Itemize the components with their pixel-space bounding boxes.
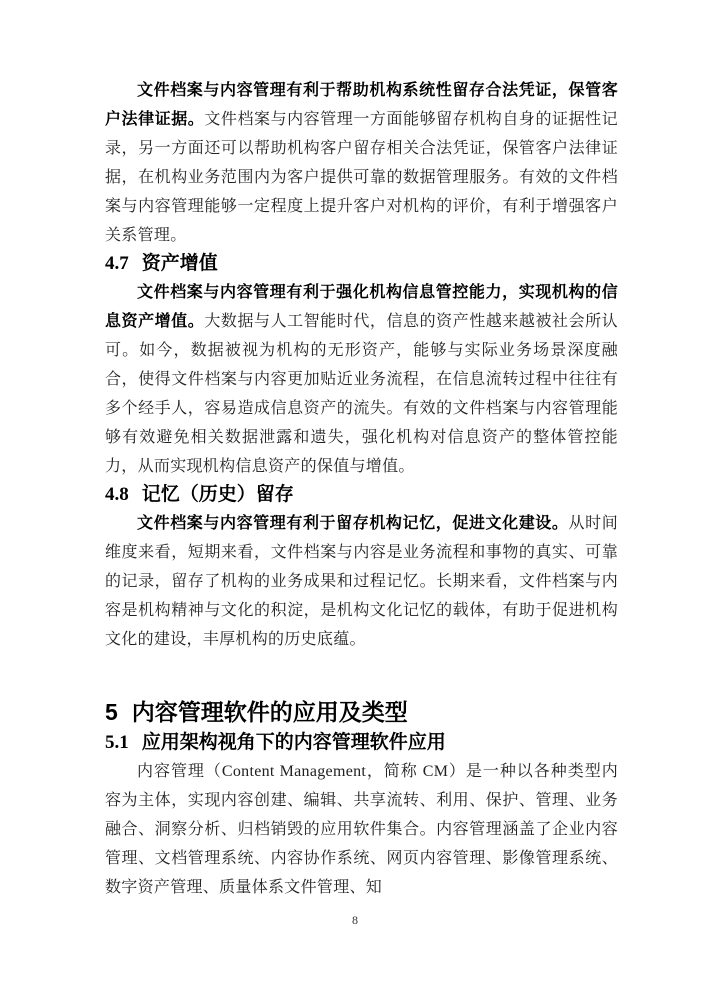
paragraph-memory-retention-body: 从时间维度来看，短期来看，文件档案与内容是业务流程和事物的真实、可靠的记录，留存… [105, 515, 618, 648]
section-number-5-1: 5.1 [105, 732, 129, 753]
paragraph-content-management-body: 内容管理（Content Management，简称 CM）是一种以各种类型内容… [105, 763, 618, 896]
section-heading-4-8: 4.8记忆（历史）留存 [105, 481, 618, 509]
section-heading-5-1: 5.1应用架构视角下的内容管理软件应用 [105, 729, 618, 757]
paragraph-content-management: 内容管理（Content Management，简称 CM）是一种以各种类型内容… [105, 757, 618, 902]
paragraph-asset-value-body: 大数据与人工智能时代，信息的资产性越来越被社会所认可。如今，数据被视为机构的无形… [105, 313, 618, 475]
paragraph-legal-evidence-body: 文件档案与内容管理一方面能够留存机构自身的证据性记录，另一方面还可以帮助机构客户… [105, 111, 618, 244]
page-content: 文件档案与内容管理有利于帮助机构系统性留存合法凭证，保管客户法律证据。文件档案与… [105, 0, 618, 902]
section-number-4-8: 4.8 [105, 484, 129, 505]
page-number: 8 [0, 913, 710, 927]
section-number-4-7: 4.7 [105, 253, 129, 274]
section-title-4-7: 资产增值 [142, 253, 218, 274]
section-heading-4-7: 4.7资产增值 [105, 250, 618, 278]
section-title-5-1: 应用架构视角下的内容管理软件应用 [142, 732, 446, 753]
paragraph-asset-value: 文件档案与内容管理有利于强化机构信息管控能力，实现机构的信息资产增值。大数据与人… [105, 278, 618, 481]
document-page: 文件档案与内容管理有利于帮助机构系统性留存合法凭证，保管客户法律证据。文件档案与… [0, 0, 710, 1004]
section-title-4-8: 记忆（历史）留存 [142, 484, 294, 505]
paragraph-legal-evidence: 文件档案与内容管理有利于帮助机构系统性留存合法凭证，保管客户法律证据。文件档案与… [105, 76, 618, 250]
chapter-title-5: 内容管理软件的应用及类型 [132, 699, 408, 725]
paragraph-memory-retention-lead: 文件档案与内容管理有利于留存机构记忆，促进文化建设。 [137, 515, 569, 532]
chapter-number-5: 5 [105, 699, 118, 725]
chapter-heading-5: 5内容管理软件的应用及类型 [105, 696, 618, 729]
paragraph-memory-retention: 文件档案与内容管理有利于留存机构记忆，促进文化建设。从时间维度来看，短期来看，文… [105, 509, 618, 654]
